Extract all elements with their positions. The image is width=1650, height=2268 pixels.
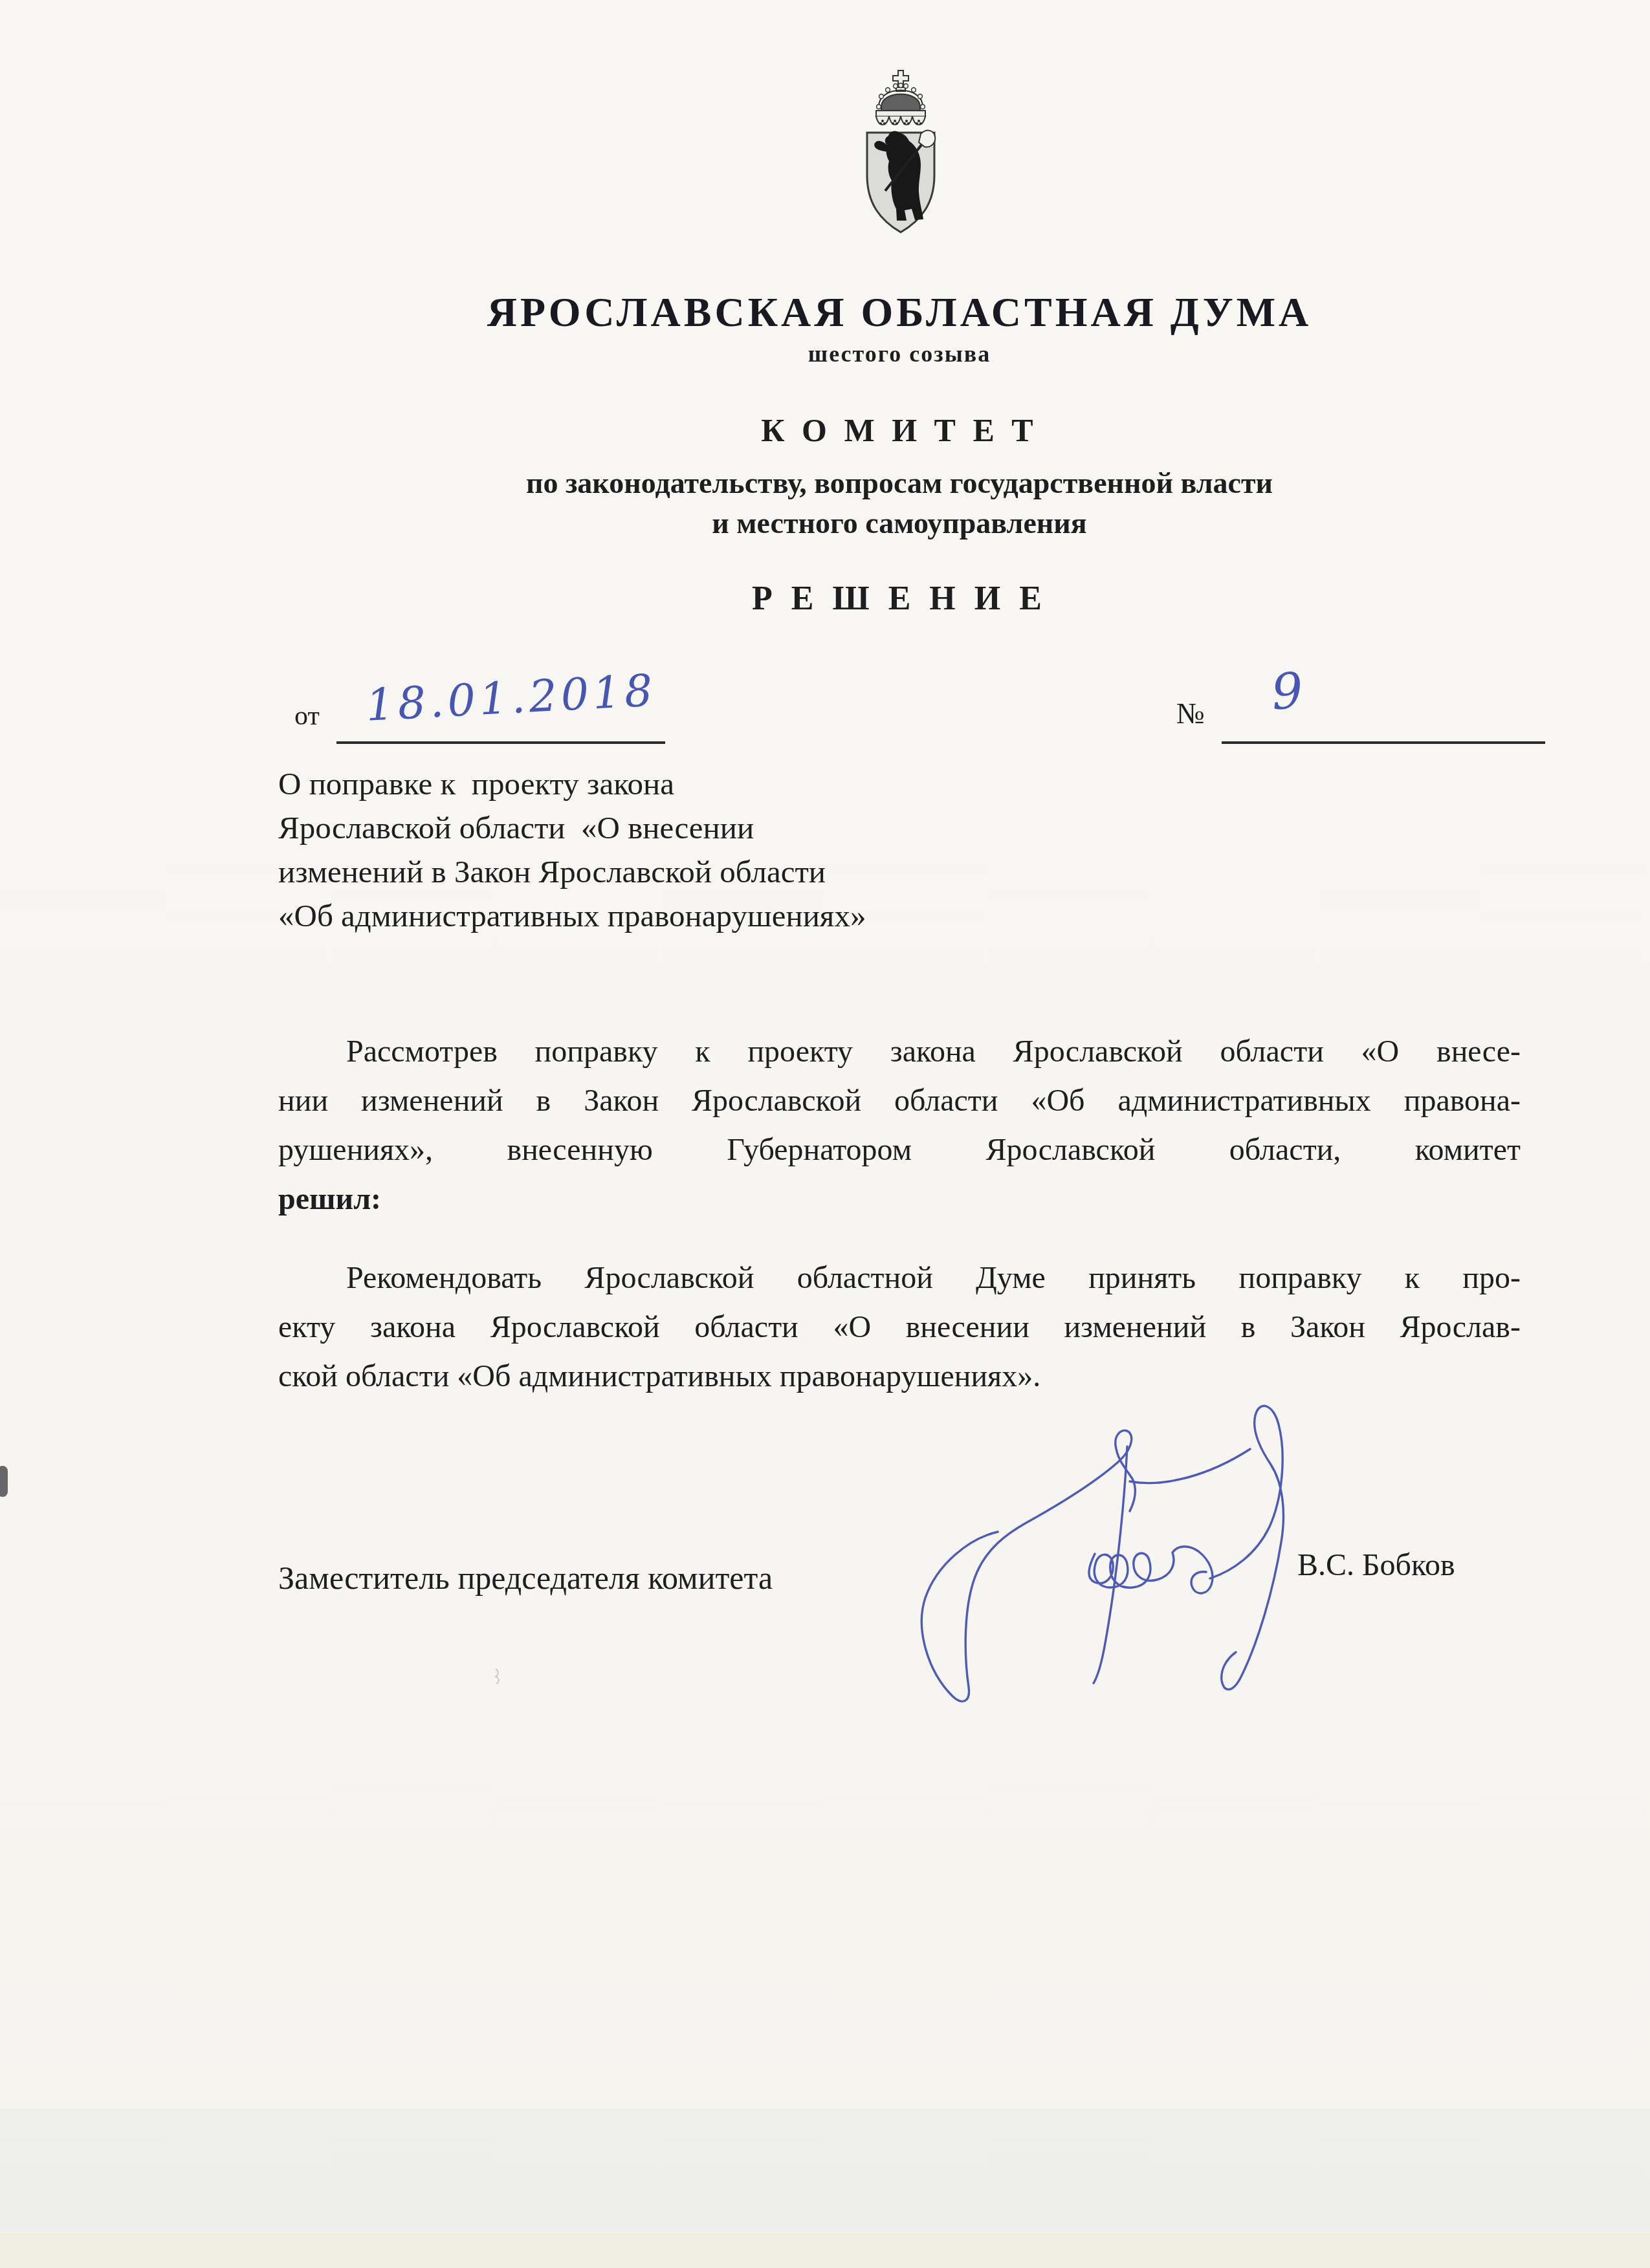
- faint-pencil-mark: [492, 1668, 505, 1685]
- date-label: от: [294, 701, 320, 732]
- handwritten-date: 18.01.2018: [358, 665, 664, 732]
- yaroslavl-coat-of-arms-icon: [855, 67, 946, 238]
- scan-bottom-strip: [0, 2233, 1650, 2268]
- scan-edge-smudge: [0, 1466, 8, 1497]
- paragraph1-line: рушениях», внесенную Губернатором Яросла…: [278, 1126, 1521, 1175]
- document-type-heading: Р Е Ш Е Н И Е: [278, 580, 1521, 618]
- paragraph2-line: Рекомендовать Ярославской областной Думе…: [278, 1254, 1521, 1303]
- committee-description-line1: по законодательству, вопросам государств…: [278, 466, 1521, 500]
- handwritten-number: 9: [1270, 661, 1304, 721]
- paragraph1-line: нии изменений в Закон Ярославской област…: [278, 1076, 1521, 1126]
- number-label: №: [1176, 696, 1205, 730]
- scanned-document-page: ЯРОСЛАВСКАЯ ОБЛАСТНАЯ ДУМА шестого созыв…: [0, 0, 1650, 2268]
- committee-heading: К О М И Т Е Т: [278, 411, 1521, 449]
- subject-line: изменений в Закон Ярославской области: [278, 850, 1087, 894]
- convocation-line: шестого созыва: [278, 340, 1521, 367]
- paragraph1-line: Рассмотрев поправку к проекту закона Яро…: [278, 1027, 1521, 1076]
- subject-line: Ярославской области «О внесении: [278, 806, 1087, 850]
- date-underline: [336, 741, 665, 744]
- organization-name: ЯРОСЛАВСКАЯ ОБЛАСТНАЯ ДУМА: [278, 289, 1521, 336]
- committee-description-line2: и местного самоуправления: [278, 506, 1521, 540]
- signer-position-title: Заместитель председателя комитета: [278, 1559, 773, 1597]
- handwritten-signature: [861, 1384, 1314, 1721]
- scan-texture-band: [0, 2109, 1650, 2232]
- paragraph2-line: екту закона Ярославской области «О внесе…: [278, 1303, 1521, 1352]
- subject-line: О поправке к проекту закона: [278, 762, 1087, 806]
- resolved-word: решил:: [278, 1175, 1521, 1224]
- signer-name: В.С. Бобков: [1297, 1547, 1455, 1583]
- subject-line: «Об административных правонарушениях»: [278, 894, 1087, 938]
- poleaxe-blade: [919, 131, 935, 147]
- subject-block: О поправке к проекту закона Ярославской …: [278, 762, 1087, 938]
- number-underline: [1222, 741, 1545, 744]
- body-text: Рассмотрев поправку к проекту закона Яро…: [278, 1027, 1521, 1401]
